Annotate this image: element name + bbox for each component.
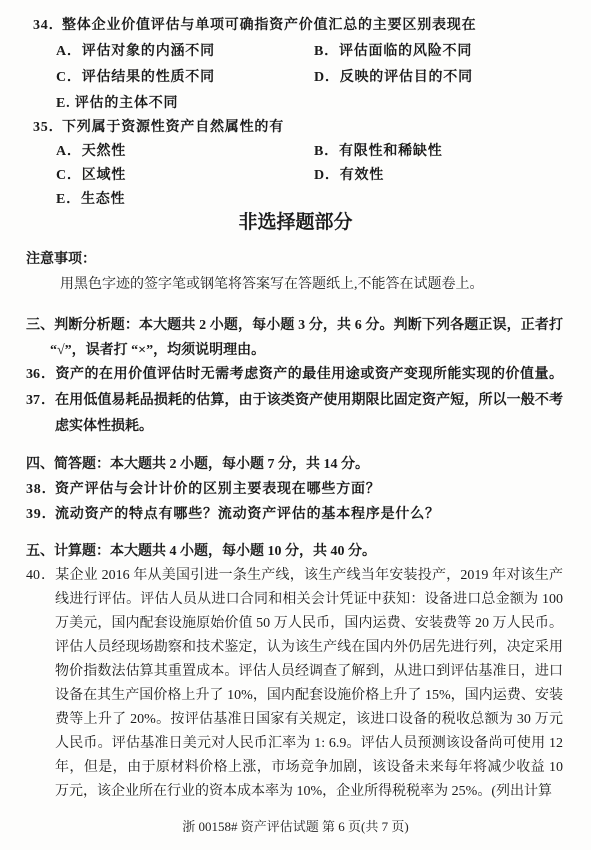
q34-option-c: C．评估结果的性质不同: [56, 65, 314, 91]
question-40-line-4: 评估人员经现场勘察和技术鉴定，认为该生产线在国内外仍居先进行列，决定采用: [26, 636, 563, 660]
q35-option-c: C．区域性: [56, 164, 314, 188]
q34-option-a: A．评估对象的内涵不同: [56, 39, 314, 65]
question-35-stem: 下列属于资源性资产自然属性的有: [62, 120, 284, 135]
q34-option-d: D．反映的评估目的不同: [314, 65, 473, 91]
question-37-number: 37．: [26, 388, 55, 414]
question-38: 38．资产评估与会计计价的区别主要表现在哪些方面？: [26, 478, 381, 502]
question-34-stem: 整体企业价值评估与单项可确指资产价值汇总的主要区别表现在: [62, 18, 476, 33]
question-38-text: 资产评估与会计计价的区别主要表现在哪些方面？: [55, 482, 381, 497]
section-3-heading-line-1: 三、判断分析题：本大题共 2 小题，每小题 3 分，共 6 分。判断下列各题正误…: [26, 313, 563, 338]
section-3-heading-line-2: “√”，误者打 “×”，均须说明理由。: [26, 338, 563, 363]
notice-body: 用黑色字迹的签字笔或钢笔将答案写在答题纸上,不能答在试题卷上。: [60, 273, 484, 297]
question-37: 37．在用低值易耗品损耗的估算，由于该类资产使用期限比固定资产短，所以一般不考 …: [26, 388, 563, 440]
question-40-line-6: 设备在其生产国价格上升了 10%，国内配套设施价格上升了 15%，国内运费、安装: [26, 684, 563, 708]
q35-option-d: D．有效性: [314, 164, 384, 188]
question-35-options-row-2: C．区域性 D．有效性: [33, 164, 563, 188]
question-39: 39．流动资产的特点有哪些？流动资产评估的基本程序是什么？: [26, 503, 440, 527]
question-40-line-1: 40．某企业 2016 年从美国引进一条生产线，该生产线当年安装投产，2019 …: [26, 564, 563, 588]
question-34-options-row-1: A．评估对象的内涵不同 B．评估面临的风险不同: [33, 39, 563, 65]
exam-page: 34．整体企业价值评估与单项可确指资产价值汇总的主要区别表现在 A．评估对象的内…: [0, 0, 591, 850]
question-40-line-3: 万美元，国内配套设施原始价值 50 万人民币，国内运费、安装费等 20 万人民币…: [26, 612, 563, 636]
question-39-text: 流动资产的特点有哪些？流动资产评估的基本程序是什么？: [55, 507, 440, 522]
question-35-number: 35．: [33, 116, 62, 140]
question-37-text-1: 在用低值易耗品损耗的估算，由于该类资产使用期限比固定资产短，所以一般不考: [55, 393, 563, 408]
section-3-heading: 三、判断分析题：本大题共 2 小题，每小题 3 分，共 6 分。判断下列各题正误…: [26, 313, 563, 363]
question-35: 35．下列属于资源性资产自然属性的有 A．天然性 B．有限性和稀缺性 C．区域性…: [33, 116, 563, 212]
question-37-line-2: 虑实体性损耗。: [26, 414, 563, 440]
question-40-line-2: 线进行评估。评估人员从进口合同和相关会计凭证中获知：设备进口总金额为 100: [26, 588, 563, 612]
question-36: 36．资产的在用价值评估时无需考虑资产的最佳用途或资产变现所能实现的价值量。: [26, 363, 563, 387]
question-36-number: 36．: [26, 363, 55, 387]
question-38-number: 38．: [26, 478, 55, 502]
question-35-options-row-1: A．天然性 B．有限性和稀缺性: [33, 140, 563, 164]
question-40-text-1: 某企业 2016 年从美国引进一条生产线，该生产线当年安装投产，2019 年对该…: [55, 568, 563, 583]
question-34-options-row-3: E. 评估的主体不同: [33, 91, 563, 117]
question-40-line-7: 费等上升了 20%。按评估基准日国家有关规定，该进口设备的税收总额为 30 万元: [26, 708, 563, 732]
question-40: 40．某企业 2016 年从美国引进一条生产线，该生产线当年安装投产，2019 …: [26, 564, 563, 804]
q35-option-b: B．有限性和稀缺性: [314, 140, 443, 164]
question-40-line-9: 年，但是，由于原材料价格上涨，市场竞争加剧，该设备未来每年将减少收益 10: [26, 756, 563, 780]
q34-option-b: B．评估面临的风险不同: [314, 39, 472, 65]
notice-heading: 注意事项：: [26, 248, 96, 272]
question-40-line-10: 万元，该企业所在行业的资本成本率为 10%，企业所得税税率为 25%。(列出计算: [26, 780, 563, 804]
question-34: 34．整体企业价值评估与单项可确指资产价值汇总的主要区别表现在 A．评估对象的内…: [33, 13, 563, 117]
section-4-heading: 四、简答题：本大题共 2 小题，每小题 7 分，共 14 分。: [26, 453, 369, 477]
page-footer: 浙 00158# 资产评估试题 第 6 页(共 7 页): [0, 817, 591, 837]
question-34-number: 34．: [33, 13, 62, 39]
section-title: 非选择题部分: [0, 209, 591, 237]
question-34-stem-line: 34．整体企业价值评估与单项可确指资产价值汇总的主要区别表现在: [33, 13, 563, 39]
question-40-number: 40．: [26, 564, 55, 588]
question-34-options-row-2: C．评估结果的性质不同 D．反映的评估目的不同: [33, 65, 563, 91]
question-40-line-5: 物价指数法估算其重置成本。评估人员经调查了解到，从进口到评估基准日，进口: [26, 660, 563, 684]
question-40-line-8: 人民币。评估基准日美元对人民币汇率为 1: 6.9。评估人员预测该设备尚可使用 …: [26, 732, 563, 756]
question-35-stem-line: 35．下列属于资源性资产自然属性的有: [33, 116, 563, 140]
q35-option-a: A．天然性: [56, 140, 314, 164]
q34-option-e: E. 评估的主体不同: [56, 91, 178, 117]
question-36-text: 资产的在用价值评估时无需考虑资产的最佳用途或资产变现所能实现的价值量。: [55, 367, 563, 382]
question-39-number: 39．: [26, 503, 55, 527]
section-5-heading: 五、计算题：本大题共 4 小题，每小题 10 分，共 40 分。: [26, 540, 376, 564]
question-37-line-1: 37．在用低值易耗品损耗的估算，由于该类资产使用期限比固定资产短，所以一般不考: [26, 388, 563, 414]
